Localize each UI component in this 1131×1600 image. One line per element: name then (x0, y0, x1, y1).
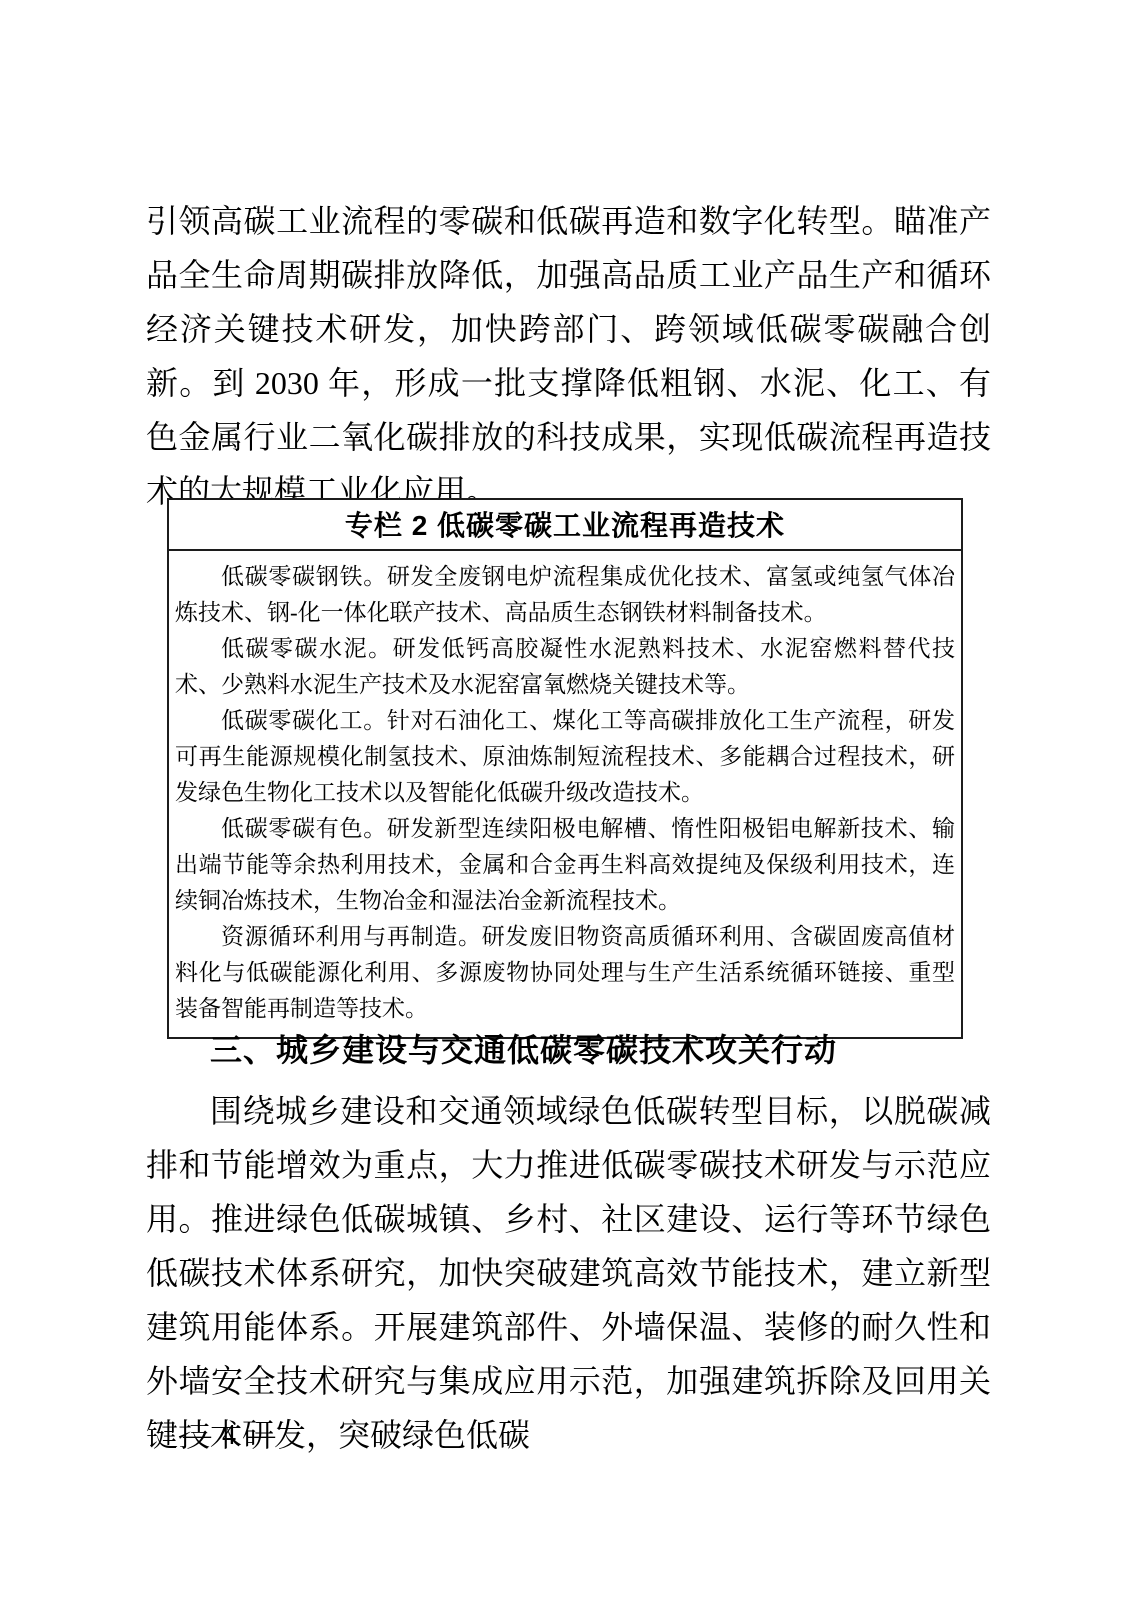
column-box-body: 低碳零碳钢铁。研发全废钢电炉流程集成优化技术、富氢或纯氢气体冶炼技术、钢-化一体… (169, 551, 961, 1037)
column-box-paragraph-steel: 低碳零碳钢铁。研发全废钢电炉流程集成优化技术、富氢或纯氢气体冶炼技术、钢-化一体… (175, 559, 955, 631)
column-box-paragraph-nonferrous: 低碳零碳有色。研发新型连续阳极电解槽、惰性阳极铝电解新技术、输出端节能等余热利用… (175, 811, 955, 919)
section-3-heading: 三、城乡建设与交通低碳零碳技术攻关行动 (146, 1030, 991, 1070)
column-box-title: 专栏 2 低碳零碳工业流程再造技术 (169, 500, 961, 551)
page-number: — 4 — (183, 1418, 277, 1454)
column-box-paragraph-cement: 低碳零碳水泥。研发低钙高胶凝性水泥熟料技术、水泥窑燃料替代技术、少熟料水泥生产技… (175, 631, 955, 703)
document-page: 引领高碳工业流程的零碳和低碳再造和数字化转型。瞄准产品全生命周期碳排放降低，加强… (0, 0, 1131, 1600)
column-box-paragraph-recycling: 资源循环利用与再制造。研发废旧物资高质循环利用、含碳固废高值材料化与低碳能源化利… (175, 919, 955, 1027)
intro-paragraph: 引领高碳工业流程的零碳和低碳再造和数字化转型。瞄准产品全生命周期碳排放降低，加强… (146, 194, 991, 518)
column-box-paragraph-chemical: 低碳零碳化工。针对石油化工、煤化工等高碳排放化工生产流程，研发可再生能源规模化制… (175, 703, 955, 811)
section-3-paragraph: 围绕城乡建设和交通领域绿色低碳转型目标，以脱碳减排和节能增效为重点，大力推进低碳… (146, 1084, 991, 1462)
column-2-box: 专栏 2 低碳零碳工业流程再造技术 低碳零碳钢铁。研发全废钢电炉流程集成优化技术… (167, 498, 963, 1039)
